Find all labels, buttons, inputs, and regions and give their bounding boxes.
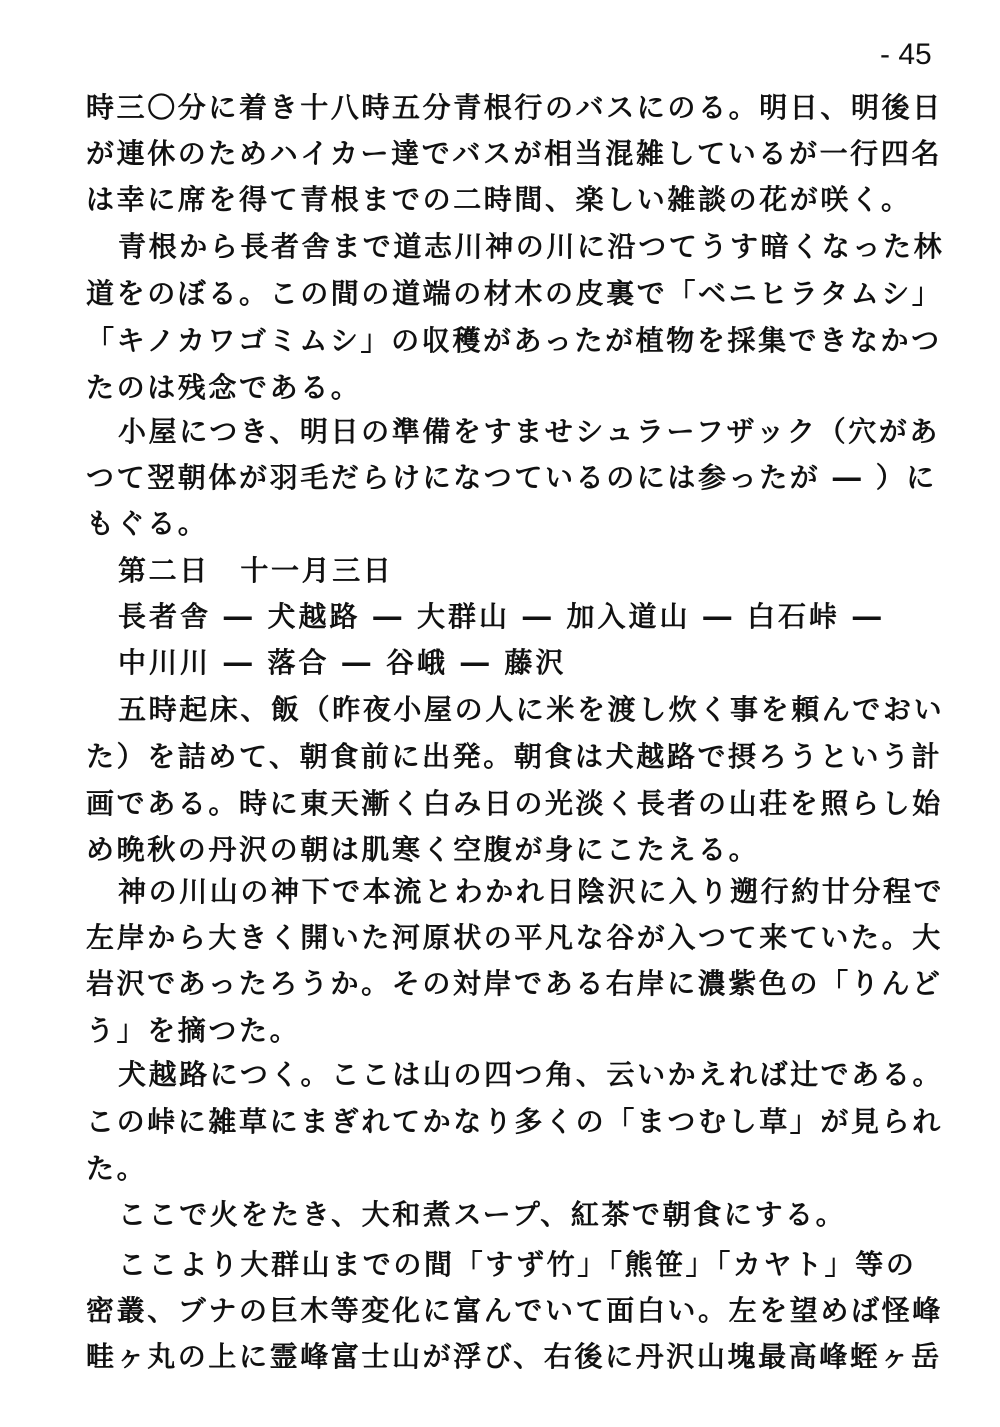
text-line: が連休のためハイカー達でバスが相当混雑しているが一行四名	[86, 134, 946, 174]
route-line: 長者舎 ― 犬越路 ― 大群山 ― 加入道山 ― 白石峠 ―	[118, 597, 978, 637]
route-line: 中川川 ― 落合 ― 谷峨 ― 藤沢	[118, 643, 978, 683]
paragraph-start: 小屋につき、明日の準備をすませシュラーフザック（穴があ	[118, 412, 978, 452]
page-number: - 45	[880, 38, 932, 72]
text-line: もぐる。	[86, 504, 946, 544]
text-line: 「キノカワゴミムシ」の収穫があったが植物を採集できなかつ	[86, 321, 946, 361]
paragraph-start: 五時起床、飯（昨夜小屋の人に米を渡し炊く事を頼んでおい	[118, 690, 978, 730]
text-line: 時三〇分に着き十八時五分青根行のバスにのる。明日、明後日	[86, 88, 946, 128]
paragraph-start: 犬越路につく。ここは山の四つ角、云いかえれば辻である。	[118, 1055, 978, 1095]
text-line: た。	[86, 1149, 946, 1189]
text-line: 画である。時に東天漸く白み日の光淡く長者の山荘を照らし始	[86, 784, 946, 824]
text-line: つて翌朝体が羽毛だらけになつているのには参ったが ― ）に	[86, 458, 946, 498]
text-line: た）を詰めて、朝食前に出発。朝食は犬越路で摂ろうという計	[86, 737, 946, 777]
text-line: たのは残念である。	[86, 368, 946, 408]
paragraph-start: 神の川山の神下で本流とわかれ日陰沢に入り遡行約廿分程で	[118, 872, 978, 912]
text-line: 左岸から大きく開いた河原状の平凡な谷が入つて来ていた。大	[86, 918, 946, 958]
text-line: 畦ヶ丸の上に霊峰富士山が浮び、右後に丹沢山塊最高峰蛭ヶ岳	[86, 1337, 946, 1377]
paragraph-start: 青根から長者舎まで道志川神の川に沿つてうす暗くなった林	[118, 227, 978, 267]
text-line: 岩沢であったろうか。その対岸である右岸に濃紫色の「りんど	[86, 964, 946, 1004]
text-line: この峠に雑草にまぎれてかなり多くの「まつむし草」が見られ	[86, 1102, 946, 1142]
text-line: 密叢、ブナの巨木等変化に富んでいて面白い。左を望めば怪峰	[86, 1291, 946, 1331]
text-line: は幸に席を得て青根までの二時間、楽しい雑談の花が咲く。	[86, 180, 946, 220]
paragraph-start: ここより大群山までの間「すず竹」「熊笹」「カヤト」等の	[118, 1245, 978, 1285]
text-line: 道をのぼる。この間の道端の材木の皮裏で「ベニヒラタムシ」	[86, 274, 946, 314]
day-heading: 第二日 十一月三日	[118, 551, 978, 591]
text-line: う」を摘つた。	[86, 1011, 946, 1051]
text-line: め晩秋の丹沢の朝は肌寒く空腹が身にこたえる。	[86, 830, 946, 870]
paragraph-start: ここで火をたき、大和煮スープ、紅茶で朝食にする。	[118, 1195, 978, 1235]
